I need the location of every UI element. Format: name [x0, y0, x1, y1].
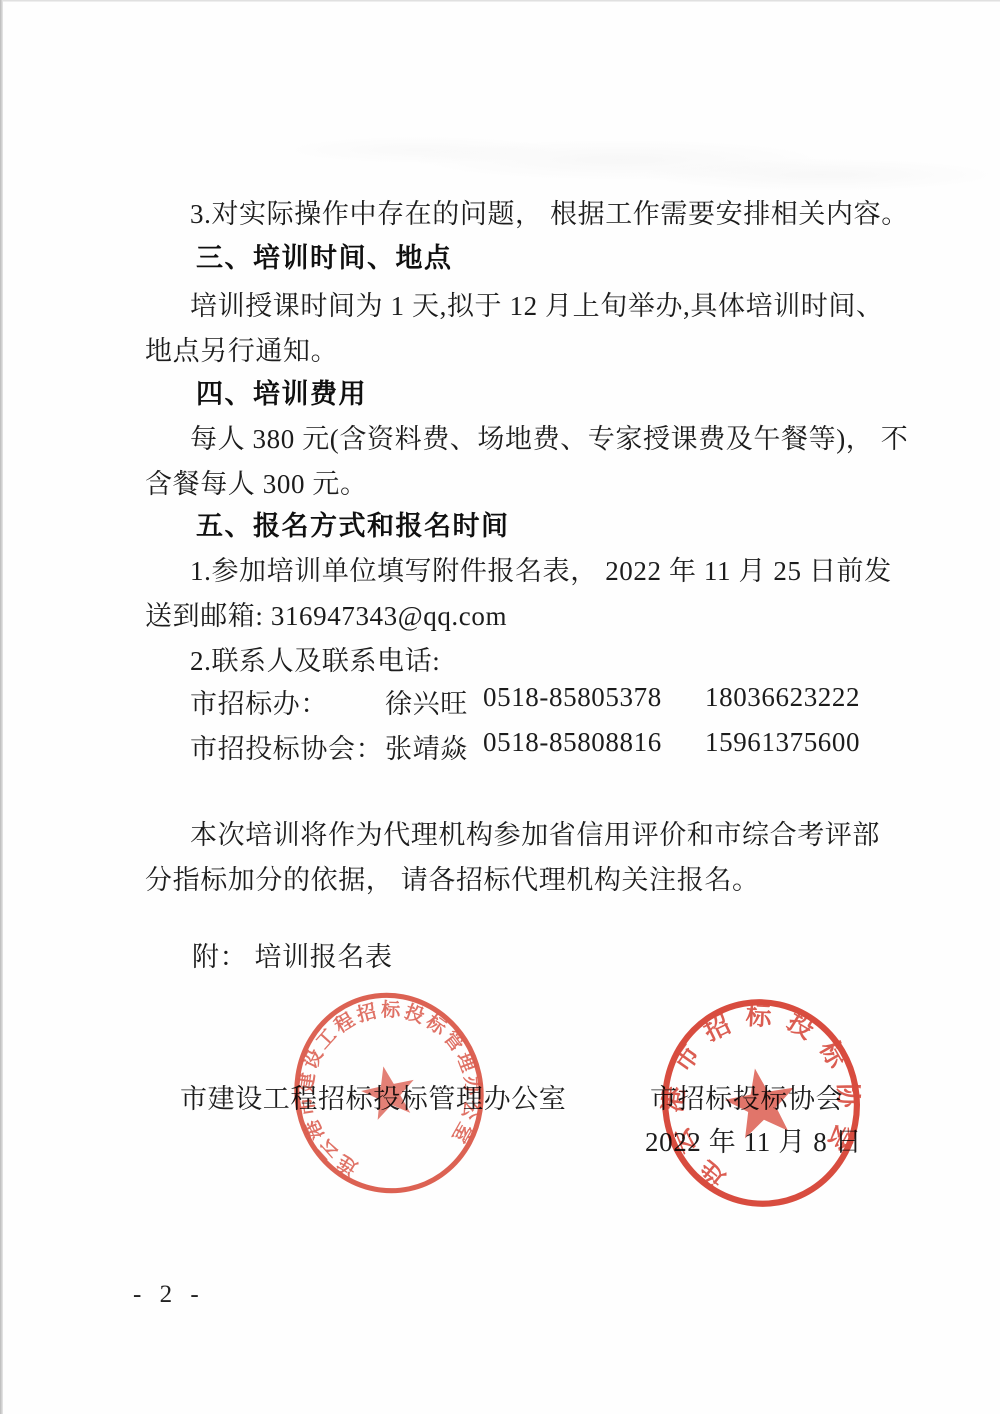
paragraph-line: 含餐每人 300 元。	[145, 462, 368, 501]
document-page: 3.对实际操作中存在的问题， 根据工作需要安排相关内容。 三、培训时间、地点 培…	[0, 0, 1000, 1414]
paragraph-line: 培训授课时间为 1 天,拟于 12 月上旬举办,具体培训时间、	[190, 284, 884, 323]
contact-org: 市招标办：	[190, 682, 328, 721]
contact-org: 市招投标协会：	[190, 727, 383, 766]
page-number: - 2 -	[133, 1281, 205, 1309]
scan-edge-top	[0, 0, 1000, 2]
contact-phone: 0518-85805378	[483, 682, 662, 713]
scan-edge-left	[0, 0, 3, 1414]
contact-name: 张靖焱	[385, 727, 468, 766]
paragraph-line: 3.对实际操作中存在的问题， 根据工作需要安排相关内容。	[190, 192, 909, 231]
official-seal-left: 连云港市建设工程招标投标管理办公室	[288, 990, 490, 1196]
contact-phone: 0518-85808816	[483, 727, 662, 758]
paragraph-line: 分指标加分的依据， 请各招标代理机构关注报名。	[145, 858, 760, 897]
contact-row: 市招标办： 徐兴旺 0518-85805378 18036623222	[190, 682, 950, 718]
section-heading-3: 三、培训时间、地点	[196, 236, 453, 275]
paragraph-line: 本次培训将作为代理机构参加省信用评价和市综合考评部	[190, 813, 880, 852]
email-line: 送到邮箱: 316947343@qq.com	[145, 594, 507, 633]
attachment-note: 附： 培训报名表	[192, 935, 393, 974]
star-icon	[720, 1062, 801, 1140]
paragraph-line: 2.联系人及联系电话:	[190, 639, 440, 678]
contact-name: 徐兴旺	[385, 682, 468, 721]
contact-mobile: 15961375600	[705, 727, 860, 758]
paragraph-line: 地点另行通知。	[145, 329, 338, 368]
contact-row: 市招投标协会： 张靖焱 0518-85808816 15961375600	[190, 727, 950, 763]
paragraph-line: 1.参加培训单位填写附件报名表， 2022 年 11 月 25 日前发	[190, 549, 892, 588]
star-icon	[357, 1061, 420, 1122]
seal-graphic: 连云港市建设工程招标投标管理办公室	[288, 990, 490, 1196]
contact-mobile: 18036623222	[705, 682, 860, 713]
paragraph-line: 每人 380 元(含资料费、场地费、专家授课费及午餐等)， 不	[190, 417, 908, 456]
section-heading-4: 四、培训费用	[196, 372, 367, 411]
section-heading-5: 五、报名方式和报名时间	[196, 504, 510, 543]
seal-graphic: 连云港市招标投标协会	[658, 998, 864, 1208]
official-seal-right: 连云港市招标投标协会	[658, 998, 864, 1208]
